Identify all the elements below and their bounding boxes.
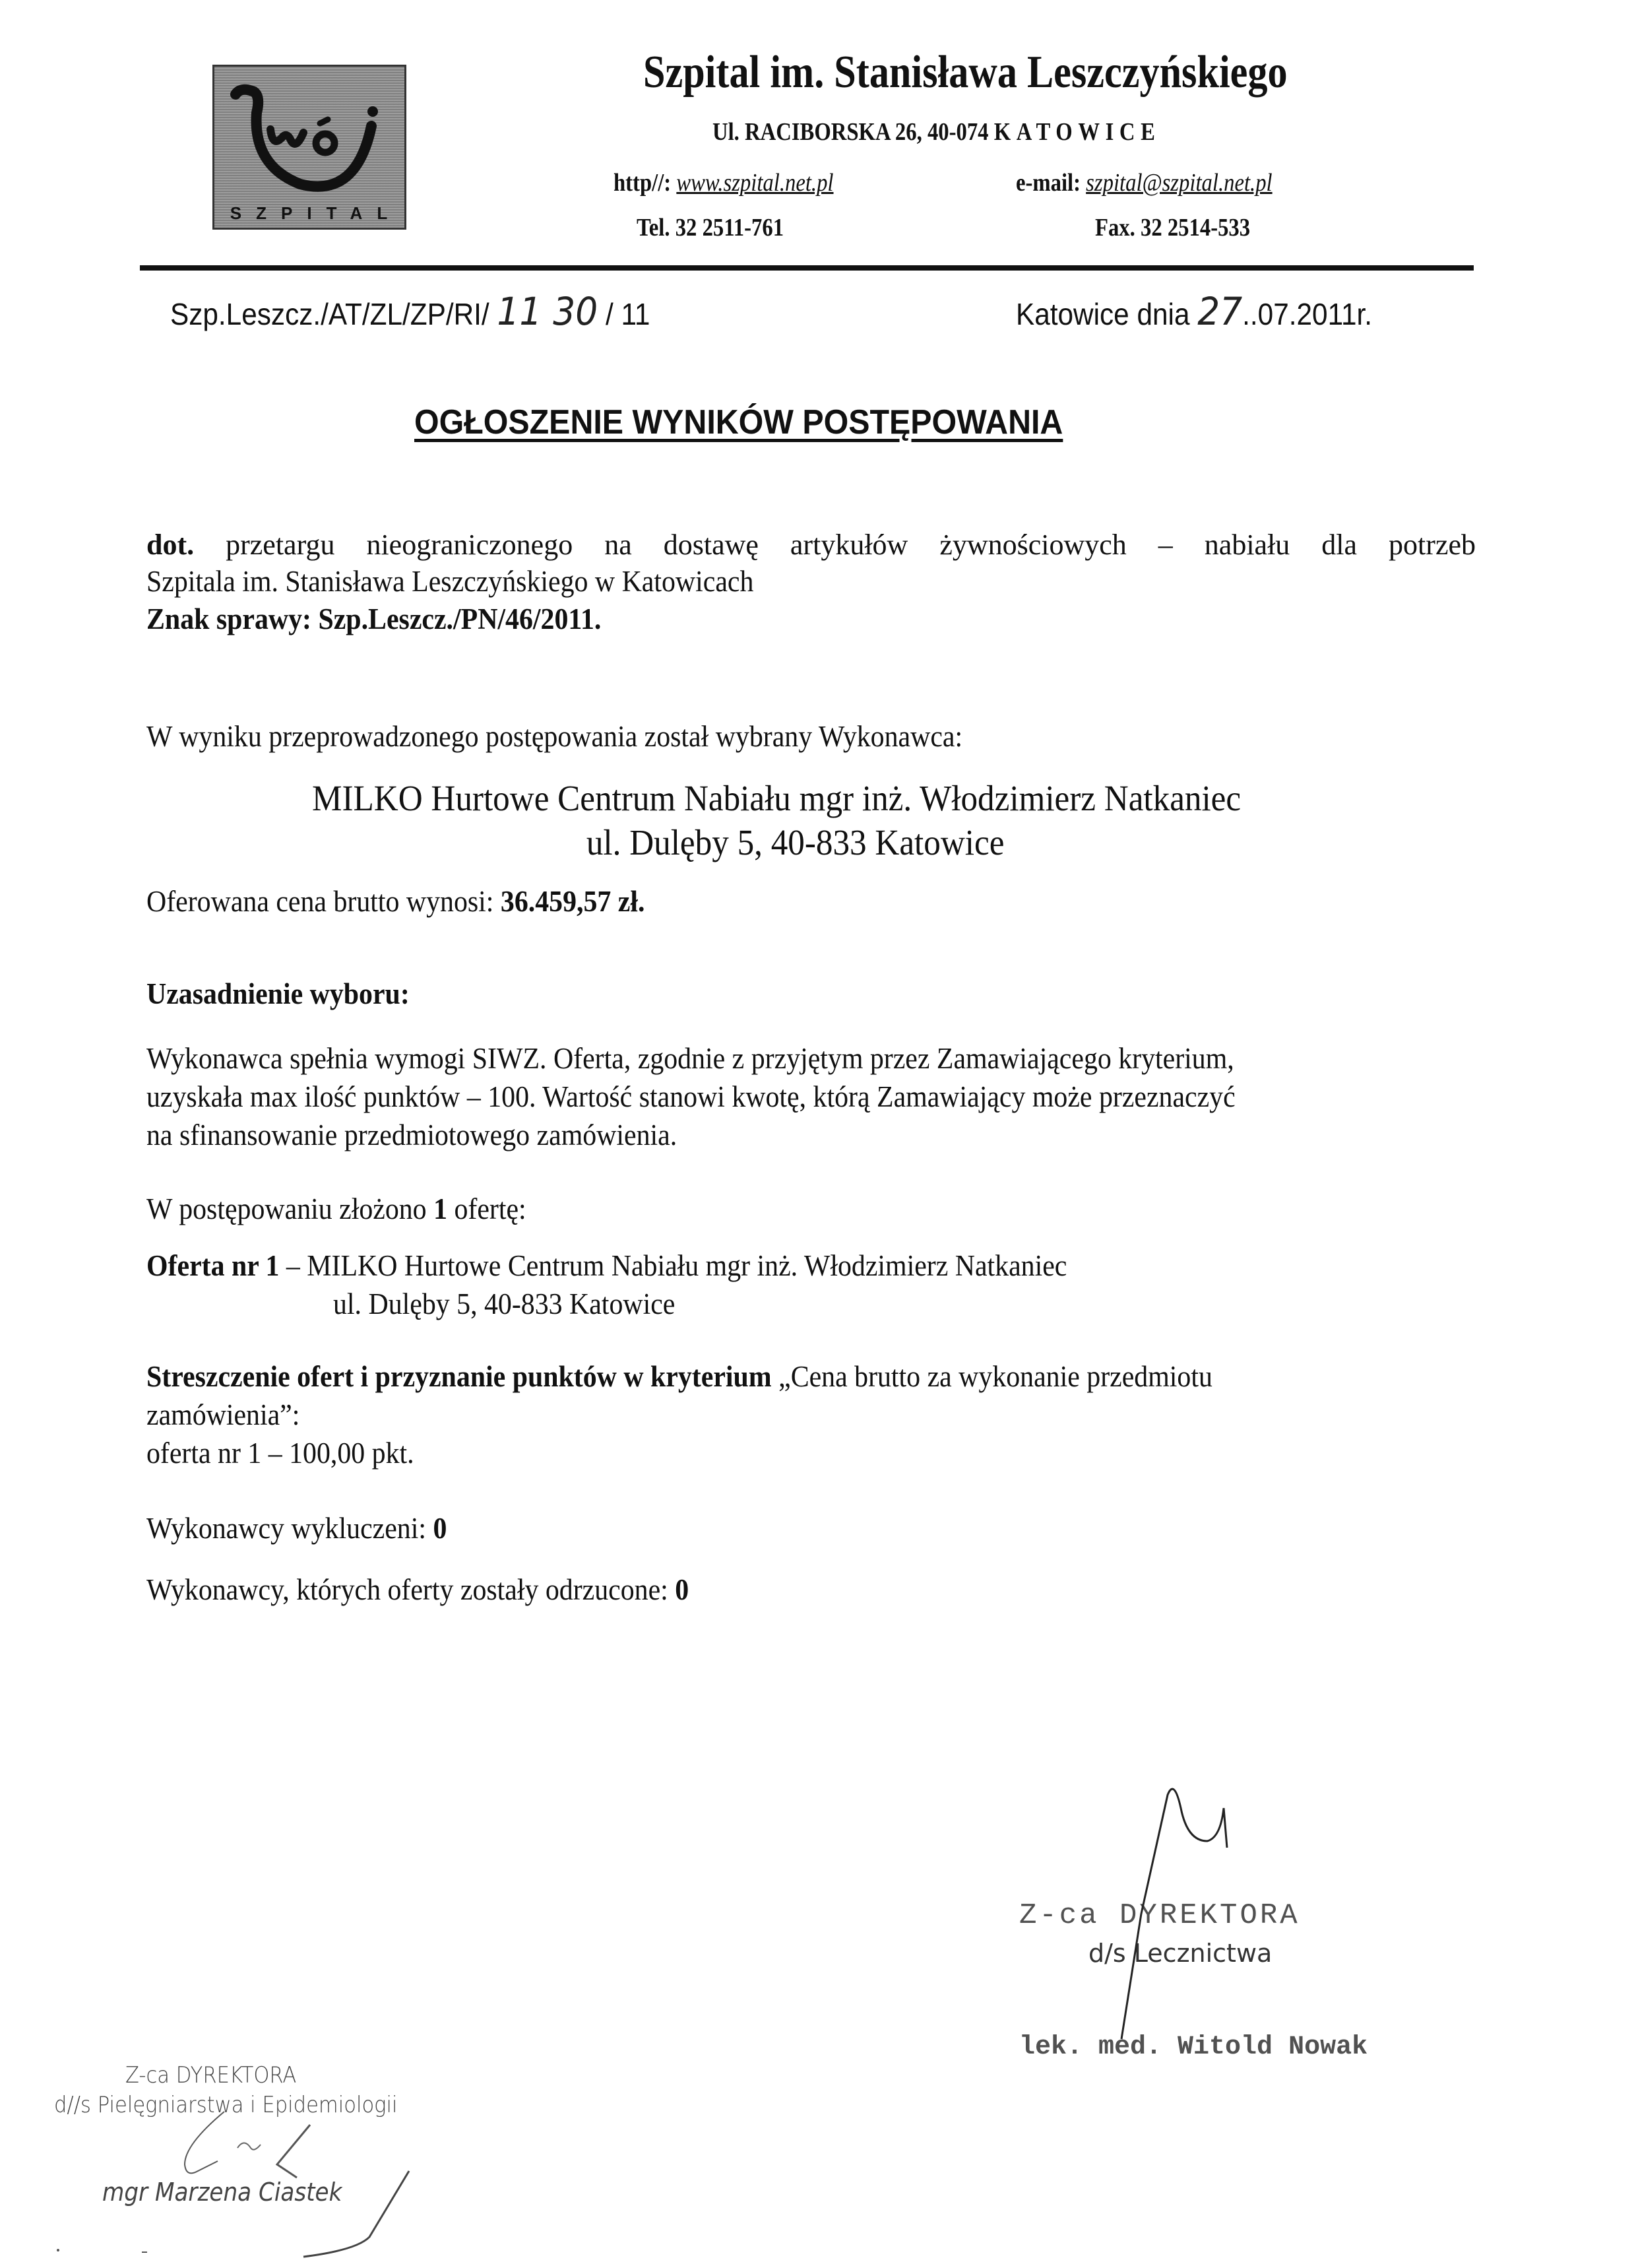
justification-line-1: Wykonawca spełnia wymogi SIWZ. Oferta, z… xyxy=(146,1041,1234,1076)
winner-name: MILKO Hurtowe Centrum Nabiału mgr inż. W… xyxy=(312,777,1241,819)
hospital-fax: Fax. 32 2514-533 xyxy=(1095,213,1250,242)
address-street: Ul. RACIBORSKA 26, 40-074 xyxy=(712,118,994,146)
handwritten-day: 27 xyxy=(1197,289,1242,334)
hospital-website: http//: www.szpital.net.pl xyxy=(613,168,834,197)
handwritten-number: 11 30 xyxy=(497,289,598,334)
justification-line-3: na sfinansowanie przedmiotowego zamówien… xyxy=(146,1118,677,1152)
date-suffix: ..07.2011r. xyxy=(1242,297,1372,331)
offers-count: W postępowaniu złożono 1 ofertę: xyxy=(146,1192,526,1226)
hospital-email: e-mail: szpital@szpital.net.pl xyxy=(1016,168,1273,197)
date-prefix: Katowice dnia xyxy=(1016,297,1197,331)
stamp-left-name: mgr Marzena Ciastek xyxy=(102,2178,342,2207)
subject-abbrev: dot. xyxy=(146,529,194,561)
address-city: KATOWICE xyxy=(994,118,1161,146)
result-intro: W wyniku przeprowadzonego postępowania z… xyxy=(146,719,962,754)
document-date: Katowice dnia 27..07.2011r. xyxy=(1016,289,1372,334)
subject-line-1: dot. przetargu nieograniczonego na dosta… xyxy=(146,528,1476,562)
stamp-right-name: lek. med. Witold Nowak xyxy=(1019,2032,1368,2062)
excluded-label: Wykonawcy wykluczeni: xyxy=(146,1512,433,1545)
rejected-value: 0 xyxy=(675,1573,689,1606)
justification-heading: Uzasadnienie wyboru: xyxy=(146,977,410,1011)
stamp-left-department: d//s Pielęgniarstwa i Epidemiologii xyxy=(54,2092,398,2118)
offers-count-suffix: ofertę: xyxy=(447,1192,526,1225)
case-number: Znak sprawy: Szp.Leszcz./PN/46/2011. xyxy=(146,602,601,636)
website-link[interactable]: www.szpital.net.pl xyxy=(676,169,833,197)
rejected-offers: Wykonawcy, których oferty zostały odrzuc… xyxy=(146,1572,689,1607)
hospital-name: Szpital im. Stanisława Leszczyńskiego xyxy=(643,46,1288,99)
reference-prefix: Szp.Leszcz./AT/ZL/ZP/RI/ xyxy=(170,297,497,331)
document-title: OGŁOSZENIE WYNIKÓW POSTĘPOWANIA xyxy=(414,403,1063,442)
website-label: http//: xyxy=(613,169,676,197)
email-label: e-mail: xyxy=(1016,169,1086,197)
summary-criterion-cont: zamówienia”: xyxy=(146,1398,299,1432)
stamp-left-title: Z-ca DYREKTORA xyxy=(125,2062,296,2089)
offer-item: Oferta nr 1 – MILKO Hurtowe Centrum Nabi… xyxy=(146,1248,1067,1283)
subject-line-2: Szpitala im. Stanisława Leszczyńskiego w… xyxy=(146,564,753,599)
offer-address: ul. Dulęby 5, 40-833 Katowice xyxy=(333,1287,675,1321)
stamp-right-department: d/s Lecznictwa xyxy=(1088,1939,1272,1968)
offers-count-prefix: W postępowaniu złożono xyxy=(146,1192,433,1225)
winner-address: ul. Dulęby 5, 40-833 Katowice xyxy=(586,822,1005,863)
summary-heading-bold: Streszczenie ofert i przyznanie punktów … xyxy=(146,1360,772,1393)
email-link[interactable]: szpital@szpital.net.pl xyxy=(1086,169,1272,197)
price-value: 36.459,57 zł. xyxy=(501,885,645,918)
summary-heading: Streszczenie ofert i przyznanie punktów … xyxy=(146,1359,1212,1394)
excluded-value: 0 xyxy=(433,1512,447,1545)
offers-count-value: 1 xyxy=(433,1192,447,1225)
offered-price: Oferowana cena brutto wynosi: 36.459,57 … xyxy=(146,884,645,919)
price-label: Oferowana cena brutto wynosi: xyxy=(146,885,501,918)
letterhead-divider xyxy=(140,265,1474,271)
stamp-right-title: Z-ca DYREKTORA xyxy=(1019,1899,1300,1932)
justification-line-2: uzyskała max ilość punktów – 100. Wartoś… xyxy=(146,1080,1236,1114)
offer-bidder: – MILKO Hurtowe Centrum Nabiału mgr inż.… xyxy=(279,1249,1067,1282)
excluded-bidders: Wykonawcy wykluczeni: 0 xyxy=(146,1511,447,1545)
rejected-label: Wykonawcy, których oferty zostały odrzuc… xyxy=(146,1573,675,1606)
logo-text: SZPITAL xyxy=(214,203,404,224)
offer-label: Oferta nr 1 xyxy=(146,1249,279,1282)
reference-number: Szp.Leszcz./AT/ZL/ZP/RI/ 11 30 / 11 xyxy=(170,289,650,334)
reference-suffix: / 11 xyxy=(598,297,650,331)
summary-score: oferta nr 1 – 100,00 pkt. xyxy=(146,1436,414,1470)
hospital-logo: SZPITAL xyxy=(212,65,406,230)
summary-criterion: „Cena brutto za wykonanie przedmiotu xyxy=(772,1360,1212,1393)
hospital-phone: Tel. 32 2511-761 xyxy=(637,213,784,242)
hospital-address: Ul. RACIBORSKA 26, 40-074 KATOWICE xyxy=(712,117,1161,146)
subject-text: przetargu nieograniczonego na dostawę ar… xyxy=(194,529,1476,561)
